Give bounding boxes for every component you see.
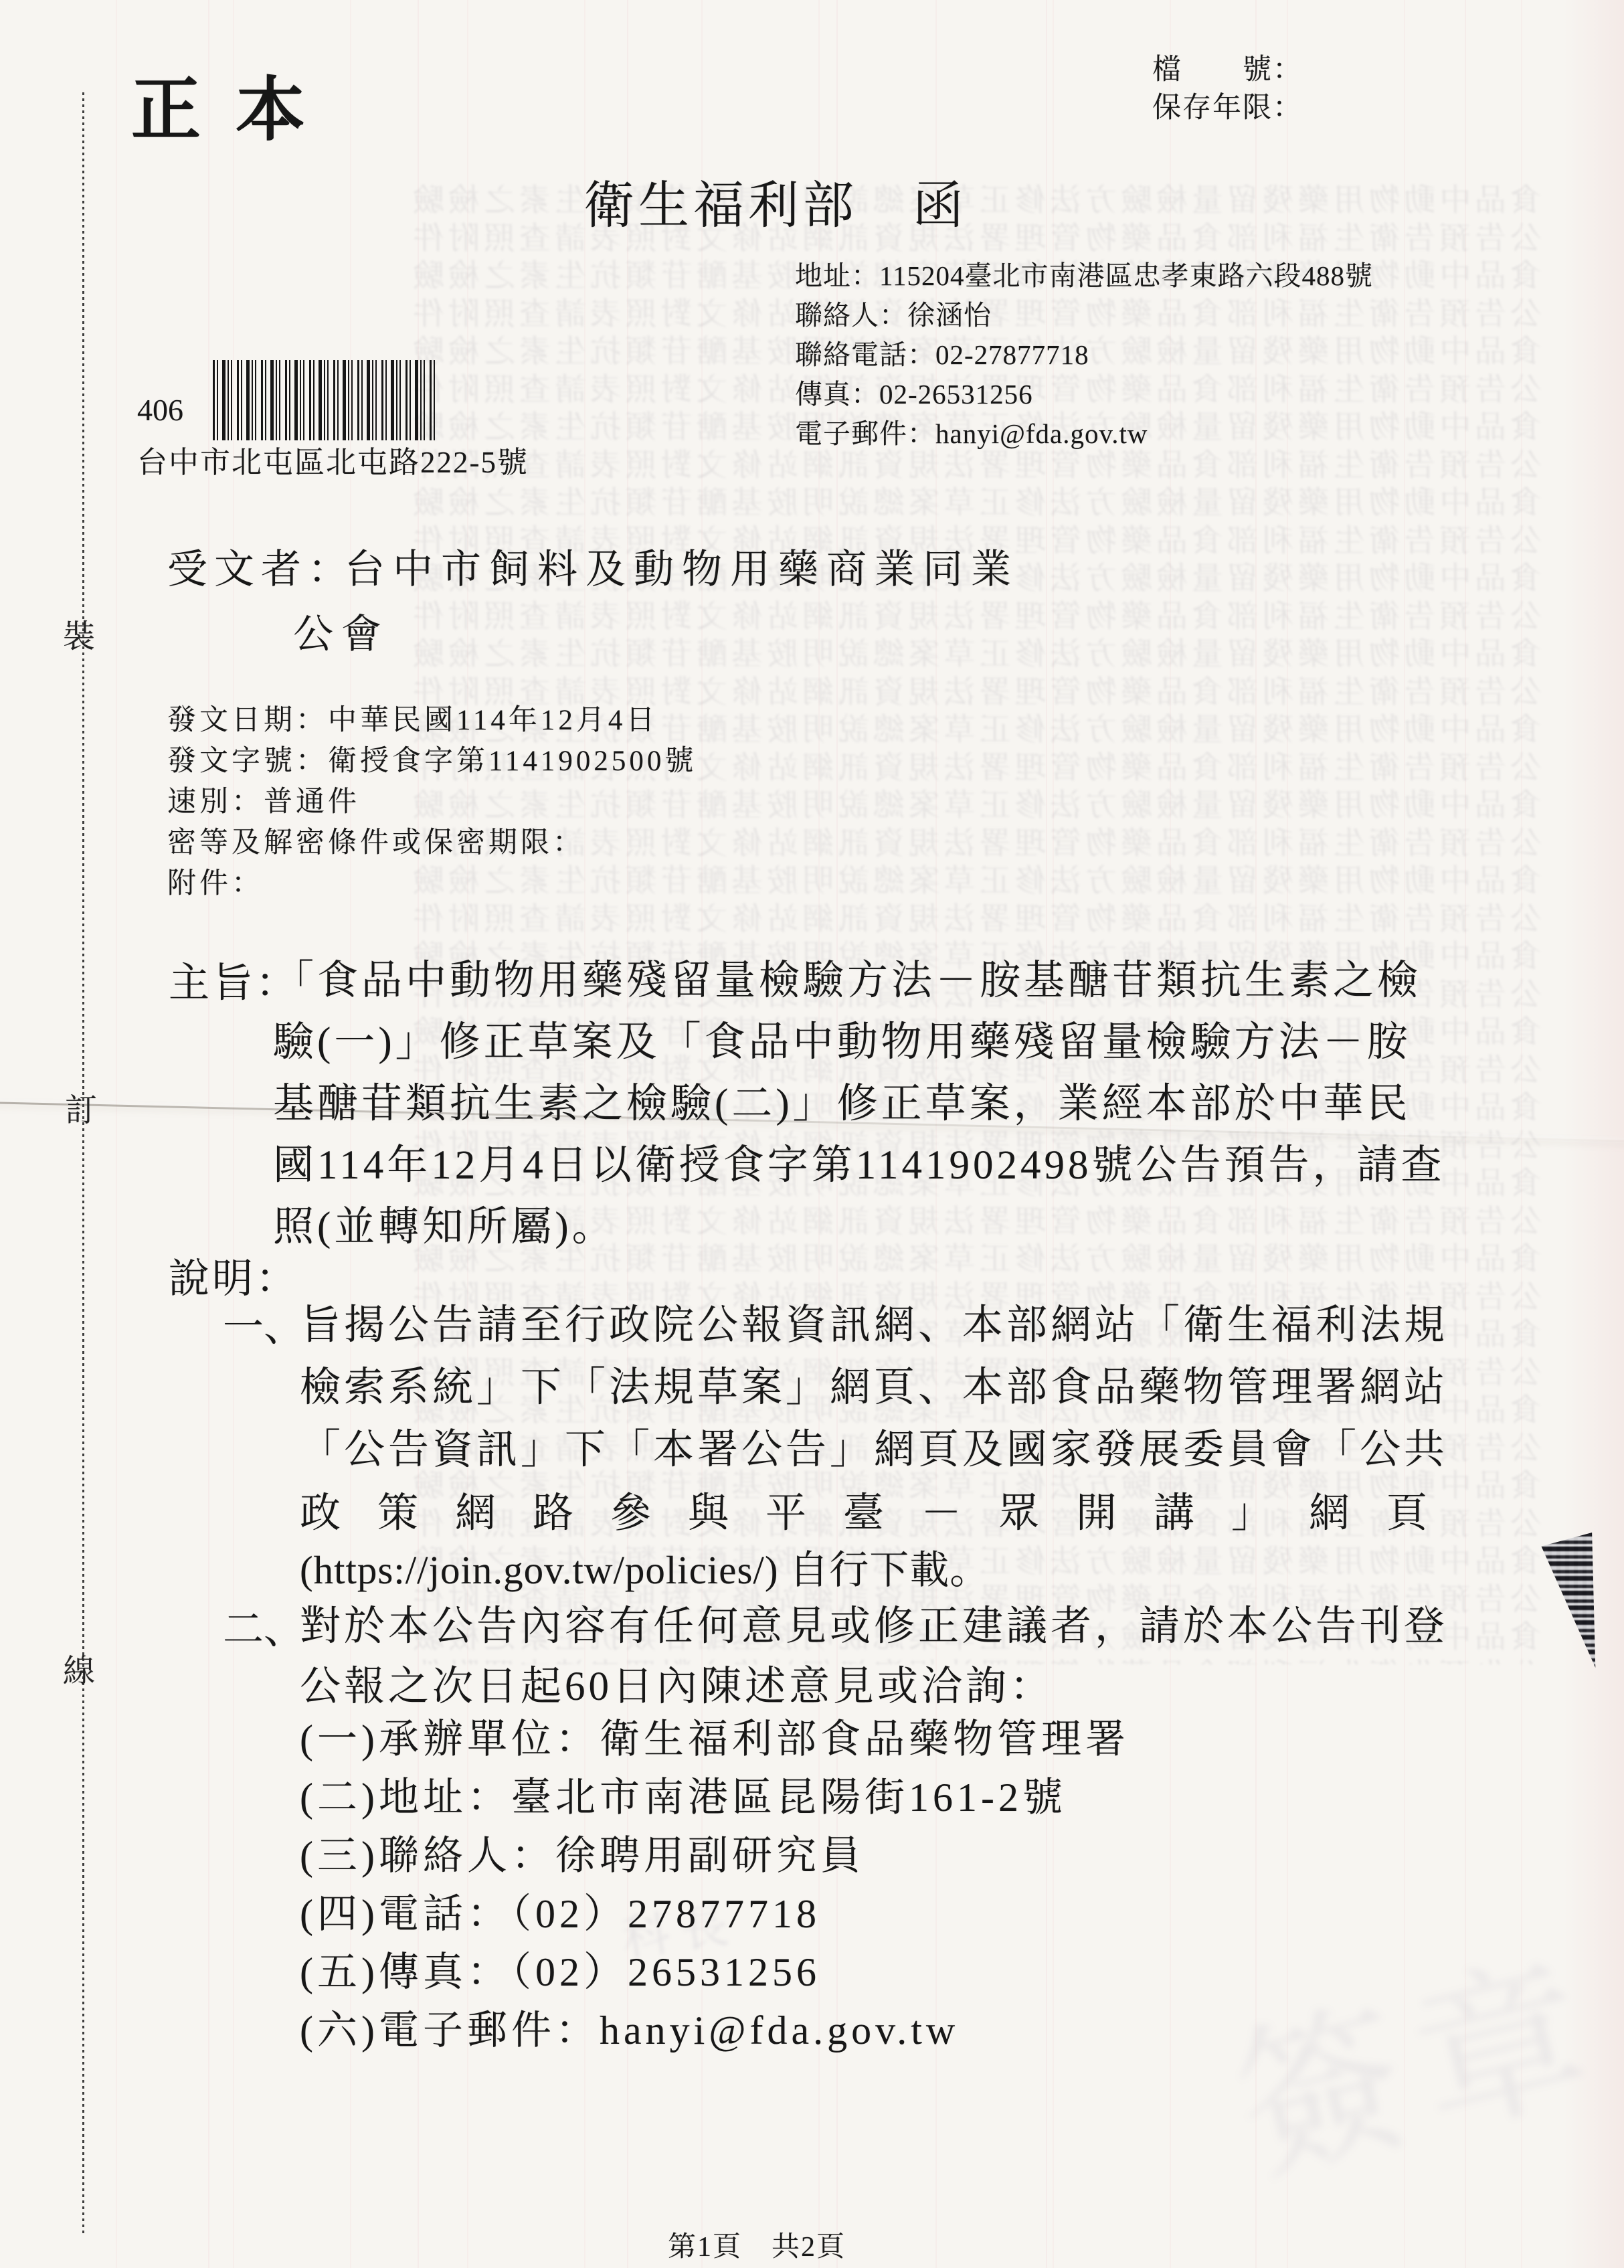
sender-contact-block: 地址：115204臺北市南港區忠孝東路六段488號聯絡人：徐涵怡聯絡電話：02-…	[795, 256, 1373, 454]
text-line: (五)傳真：（02）26531256	[300, 1943, 1130, 2002]
text-line: 「公告資訊」下「本署公告」網頁及國家發展委員會「公共	[300, 1419, 1484, 1481]
text-line: 公報之次日起60日內陳述意見或洽詢：	[300, 1657, 1484, 1717]
text-line: 國114年12月4日以衛授食字第1141902498號公告預告，請查	[273, 1135, 1477, 1197]
text-line: 附件：	[167, 863, 697, 904]
page-number-footer: 第1頁 共2頁	[668, 2225, 846, 2265]
text-line: 照(並轉知所屬)。	[273, 1197, 1477, 1258]
text-line: 密等及解密條件或保密期限：	[167, 822, 697, 863]
explanation-subitem-list: (一)承辦單位：衛生福利部食品藥物管理署(二)地址：臺北市南港區昆陽街161-2…	[300, 1711, 1130, 2060]
mailing-zip-code: 406	[137, 392, 183, 428]
text-line: 對於本公告內容有任何意見或修正建議者，請於本公告刊登	[300, 1597, 1484, 1657]
binding-dotted-line	[82, 92, 84, 2237]
text-line: 基醣苷類抗生素之檢驗(二)」修正草案，業經本部於中華民	[273, 1073, 1477, 1135]
text-line: 傳真：02-26531256	[795, 375, 1373, 414]
explanation-item2-number: 二、	[223, 1597, 304, 1655]
explanation-item1-text: 旨揭公告請至行政院公報資訊網、本部網站「衛生福利法規檢索系統」下「法規草案」網頁…	[300, 1294, 1484, 1481]
text-line: (二)地址：臺北市南港區昆陽街161-2號	[300, 1769, 1130, 1827]
explanation-item2-text: 對於本公告內容有任何意見或修正建議者，請於本公告刊登公報之次日起60日內陳述意見…	[300, 1597, 1484, 1717]
explanation-item1-number: 一、	[223, 1294, 304, 1353]
mailing-address: 台中市北屯區北屯路222-5號	[137, 438, 529, 481]
text-line: 檢索系統」下「法規草案」網頁、本部食品藥物管理署網站	[300, 1357, 1484, 1419]
binding-label-xian: 線	[63, 1645, 95, 1691]
text-line: (三)聯絡人：徐聘用副研究員	[300, 1827, 1130, 1885]
copy-type-label: 正本	[131, 54, 340, 154]
text-line: (四)電話：（02）27877718	[300, 1885, 1130, 1943]
recipient-name-line-1: 台中市飼料及動物用藥商業同業	[345, 537, 1019, 595]
document-title: 衛生福利部 函	[583, 165, 968, 238]
recipient-name-line-2: 公會	[293, 602, 389, 660]
text-line: 速別：普通件	[167, 782, 697, 822]
archive-retention-label: 保存年限：	[1152, 89, 1303, 127]
binding-label-ding: 訂	[65, 1084, 97, 1130]
text-line: 聯絡電話：02-27877718	[795, 335, 1373, 375]
document-meta-block: 發文日期：中華民國114年12月4日發文字號：衛授食字第1141902500號速…	[167, 700, 697, 904]
explanation-item1-justified-line: 政策網路參與平臺－眾開講」網頁	[300, 1480, 1464, 1539]
explanation-item1-url-line: (https://join.gov.tw/policies/) 自行下載。	[300, 1538, 990, 1595]
text-line: 發文日期：中華民國114年12月4日	[167, 700, 697, 741]
text-line: (一)承辦單位：衛生福利部食品藥物管理署	[300, 1711, 1130, 1769]
text-line: 地址：115204臺北市南港區忠孝東路六段488號	[795, 256, 1373, 296]
binding-label-zhuang: 裝	[63, 610, 95, 657]
archive-file-no-label: 檔 號：	[1152, 51, 1303, 89]
text-line: (六)電子郵件：hanyi@fda.gov.tw	[300, 2002, 1130, 2060]
mailing-barcode	[213, 360, 435, 440]
text-line: 聯絡人：徐涵怡	[795, 296, 1373, 335]
subject-text: 「食品中動物用藥殘留量檢驗方法－胺基醣苷類抗生素之檢驗(一)」修正草案及「食品中…	[273, 950, 1477, 1258]
text-line: 電子郵件：hanyi@fda.gov.tw	[795, 414, 1373, 454]
text-line: 驗(一)」修正草案及「食品中動物用藥殘留量檢驗方法－胺	[273, 1012, 1477, 1073]
scanned-letter-page: 食品中動物用藥殘留量檢驗方法修正草案總說明胺基醣苷類抗生素之檢驗公告預告衛生福利…	[0, 0, 1624, 2268]
text-line: 發文字號：衛授食字第1141902500號	[167, 741, 697, 782]
text-line: 旨揭公告請至行政院公報資訊網、本部網站「衛生福利法規	[300, 1294, 1484, 1357]
text-line: 「食品中動物用藥殘留量檢驗方法－胺基醣苷類抗生素之檢	[273, 950, 1477, 1012]
archive-block: 檔 號： 保存年限：	[1152, 51, 1303, 127]
recipient-label: 受文者：	[167, 537, 355, 595]
